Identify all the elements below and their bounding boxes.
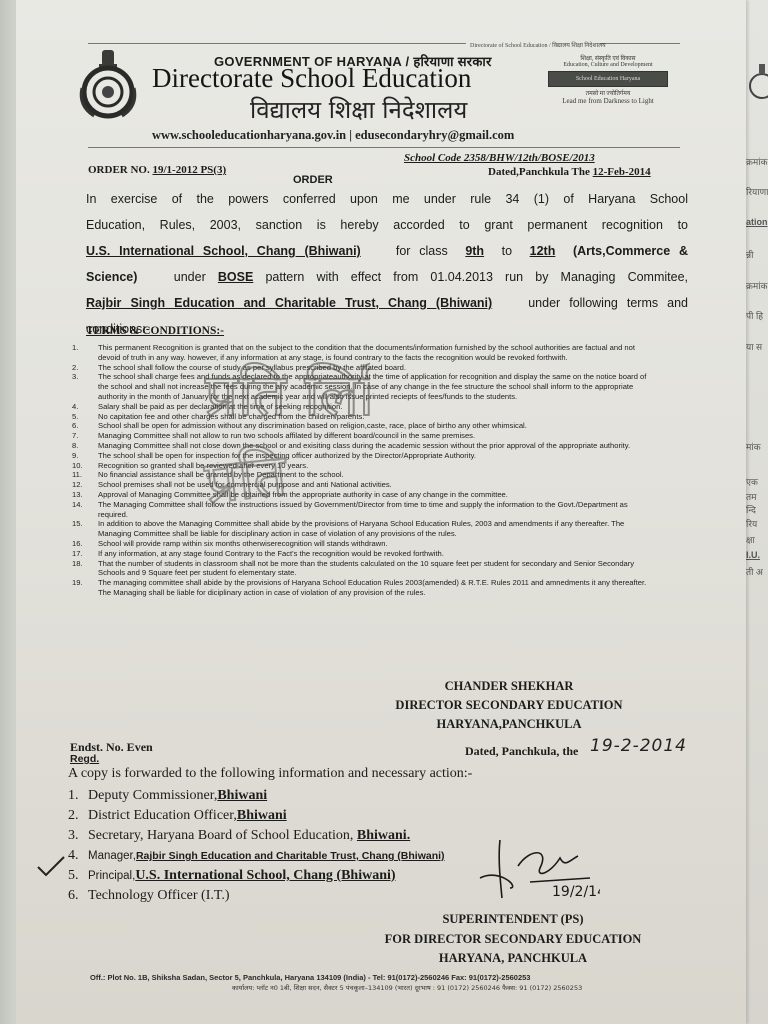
body-line: Rajbir Singh Education and Charitable Tr… (86, 290, 688, 316)
endorsement-date-label: Dated, Panchkula, the (465, 744, 578, 759)
term-number: 12. (70, 480, 98, 490)
recipient-number: 4. (68, 846, 88, 866)
background-fragment: I.U. (746, 550, 760, 560)
board-name: BOSE (218, 270, 253, 284)
right-logo: शिक्षा, संस्कृति एवं विकास Education, Cu… (544, 54, 672, 105)
term-text: Recognition so granted shall be reviewed… (98, 461, 654, 471)
department-title-hindi: विद्यालय शिक्षा निदेशालय (250, 93, 467, 126)
recipient-list: 1.Deputy Commissioner,Bhiwani 2.District… (68, 786, 445, 906)
haryana-emblem-icon (72, 48, 144, 120)
director-signatory: CHANDER SHEKHAR DIRECTOR SECONDARY EDUCA… (384, 677, 634, 734)
footer-address: Off.: Plot No. 1B, Shiksha Sadan, Sector… (90, 973, 530, 982)
term-number: 7. (70, 431, 98, 441)
term-text: In addition to above the Managing Commit… (98, 519, 654, 539)
signatory-name: CHANDER SHEKHAR (384, 677, 634, 696)
recipient-role: Secretary, Haryana Board of School Educa… (88, 828, 353, 843)
recipient-number: 3. (68, 826, 88, 846)
divider (88, 43, 466, 44)
term-text: No capitation fee and other charges shal… (98, 412, 654, 422)
background-fragment: या स (746, 340, 762, 353)
term-text: The school shall follow the course of st… (98, 363, 654, 373)
divider (600, 43, 680, 44)
streams: Science) (86, 270, 137, 284)
order-number: ORDER NO. 19/1-2012 PS(3) (88, 164, 226, 176)
term-text: School will provide ramp within six mont… (98, 539, 654, 549)
term-number: 17. (70, 549, 98, 559)
term-text: This permanent Recognition is granted th… (98, 343, 654, 363)
term-number: 8. (70, 441, 98, 451)
term-text: Salary shall be paid as per declaration … (98, 402, 654, 412)
handwritten-date: 19-2-2014 (590, 736, 687, 756)
term-number: 2. (70, 363, 98, 373)
background-fragment: मांक (746, 440, 761, 453)
term-text: Managing Committee shall not close down … (98, 441, 654, 451)
recipient-place: Rajbir Singh Education and Charitable Tr… (136, 850, 445, 862)
recipient-role: District Education Officer, (88, 808, 237, 823)
checkmark-icon (36, 855, 66, 877)
recipient-item: 1.Deputy Commissioner,Bhiwani (68, 786, 445, 806)
logo-line: तमसो मा ज्योतिर्गमय (544, 89, 672, 97)
logo-line: शिक्षा, संस्कृति एवं विकास (544, 54, 672, 62)
copy-intro: A copy is forwarded to the following inf… (68, 766, 472, 782)
signatory-title: SUPERINTENDENT (PS) (360, 910, 666, 930)
recipient-place: U.S. International School, Chang (Bhiwan… (135, 868, 395, 883)
body-text: for class (396, 244, 448, 258)
recipient-item: 5.Principal,U.S. International School, C… (68, 866, 445, 886)
background-fragment: तम (746, 490, 757, 503)
divider (88, 147, 680, 148)
term-text: Approval of Managing Committee shall be … (98, 490, 654, 500)
term-text: The Managing Committee shall follow the … (98, 500, 654, 520)
recipient-role: Technology Officer (I.T.) (88, 888, 230, 903)
footer-address-hindi: कार्यालय: प्लॉट न0 1बी, शिक्षा सदन, सैक्… (232, 983, 582, 992)
registered-label: Regd. (70, 753, 99, 765)
recipient-role: Principal, (88, 870, 135, 882)
order-heading: ORDER (293, 174, 333, 186)
term-number: 10. (70, 461, 98, 471)
body-line: Science) under BOSE pattern with effect … (86, 264, 688, 290)
signatory-for: FOR DIRECTOR SECONDARY EDUCATION (360, 930, 666, 950)
term-text: No financial assistance shall be granted… (98, 470, 654, 480)
logo-line: Education, Culture and Development (544, 62, 672, 68)
school-code: School Code 2358/BHW/12th/BOSE/2013 (404, 152, 595, 164)
term-number: 5. (70, 412, 98, 422)
recipient-place: Bhiwani. (357, 828, 410, 843)
recipient-role: Manager, (88, 850, 136, 862)
term-number: 13. (70, 490, 98, 500)
background-fragment: एक (746, 475, 758, 488)
recipient-place: Bhiwani (237, 808, 287, 823)
background-fragment: क्षा (746, 533, 755, 546)
department-title: Directorate School Education (152, 63, 471, 94)
body-text: under (174, 270, 206, 284)
class-to: 12th (530, 244, 556, 258)
body-text: to (502, 244, 512, 258)
body-text: pattern with effect from 01.04.2013 run … (265, 270, 688, 284)
term-number: 16. (70, 539, 98, 549)
term-number: 11. (70, 470, 98, 480)
background-fragment: ation (746, 217, 768, 227)
term-text: Managing Committee shall not allow to ru… (98, 431, 654, 441)
haryana-emblem-icon (746, 62, 768, 106)
order-date-value: 12-Feb-2014 (593, 166, 651, 178)
term-number: 4. (70, 402, 98, 412)
signatory-place: HARYANA, PANCHKULA (360, 949, 666, 969)
background-fragment: क्रमांक (746, 279, 768, 292)
class-from: 9th (465, 244, 484, 258)
recipient-item: 6.Technology Officer (I.T.) (68, 886, 445, 906)
term-number: 9. (70, 451, 98, 461)
recipient-item: 3.Secretary, Haryana Board of School Edu… (68, 826, 445, 846)
background-document: क्रमांक रियाणा ation न्नी क्रमांक पी हि … (744, 0, 768, 1024)
svg-text:प्रति लिपि: प्रति लिपि (205, 361, 370, 429)
recipient-number: 1. (68, 786, 88, 806)
term-number: 3. (70, 372, 98, 401)
term-text: That the number of students in classroom… (98, 559, 654, 579)
recipient-item: 2.District Education Officer,Bhiwani (68, 806, 445, 826)
body-text: under following terms and (528, 296, 688, 310)
background-fragment: रिय (746, 517, 757, 530)
order-date: Dated,Panchkula The 12-Feb-2014 (488, 166, 651, 178)
body-line: U.S. International School, Chang (Bhiwan… (86, 238, 688, 264)
term-text: The school shall charge fees and funds a… (98, 372, 654, 401)
recipient-number: 2. (68, 806, 88, 826)
order-number-value: 19/1-2012 PS(3) (152, 164, 226, 176)
svg-text:प्रति: प्रति (202, 440, 291, 505)
term-item: 18.That the number of students in classr… (70, 559, 654, 579)
term-item: 16.School will provide ramp within six m… (70, 539, 654, 549)
term-number: 1. (70, 343, 98, 363)
signatory-place: HARYANA,PANCHKULA (384, 715, 634, 734)
term-item: 17.If any information, at any stage foun… (70, 549, 654, 559)
term-item: 19.The managing committee shall abide by… (70, 578, 654, 598)
superintendent-signatory: SUPERINTENDENT (PS) FOR DIRECTOR SECONDA… (360, 910, 666, 969)
stamp-watermark: प्रति लिपि प्रति (200, 355, 370, 505)
terms-heading: TERMS & CONDITIONS:- (86, 325, 224, 337)
term-text: School premises shall not be used for co… (98, 480, 654, 490)
term-number: 18. (70, 559, 98, 579)
background-fragment: क्रमांक (746, 155, 768, 168)
contact-info[interactable]: www.schooleducationharyana.gov.in | edus… (152, 128, 514, 143)
streams: (Arts,Commerce & (573, 244, 688, 258)
term-number: 19. (70, 578, 98, 598)
background-fragment: न्नी (746, 248, 753, 261)
order-body: In exercise of the powers conferred upon… (86, 186, 688, 342)
recipient-place: Bhiwani (217, 788, 267, 803)
recipient-number: 5. (68, 866, 88, 886)
signature-icon: 19/2/14 (470, 838, 600, 908)
term-text: The managing committee shall abide by th… (98, 578, 654, 598)
term-text: The school shall be open for inspection … (98, 451, 654, 461)
recipient-item: 4.Manager,Rajbir Singh Education and Cha… (68, 846, 445, 866)
background-fragment: न्दि (746, 503, 756, 516)
letterhead-tag: Directorate of School Education / विद्या… (470, 41, 606, 49)
trust-name: Rajbir Singh Education and Charitable Tr… (86, 296, 492, 310)
background-fragment: रियाणा (746, 185, 768, 198)
background-fragment: ती अ (746, 565, 763, 578)
logo-box: School Education Haryana (548, 71, 668, 87)
body-line: In exercise of the powers conferred upon… (86, 186, 688, 212)
logo-motto: Lead me from Darkness to Light (544, 97, 672, 105)
recipient-role: Deputy Commissioner, (88, 788, 217, 803)
body-line: Education, Rules, 2003, sanction is here… (86, 212, 688, 238)
order-date-label: Dated,Panchkula The (488, 166, 590, 178)
term-text: School shall be open for admission witho… (98, 421, 654, 431)
term-text: If any information, at any stage found C… (98, 549, 654, 559)
term-number: 6. (70, 421, 98, 431)
term-number: 14. (70, 500, 98, 520)
school-name: U.S. International School, Chang (Bhiwan… (86, 244, 361, 258)
term-number: 15. (70, 519, 98, 539)
term-item: 15.In addition to above the Managing Com… (70, 519, 654, 539)
signatory-title: DIRECTOR SECONDARY EDUCATION (384, 696, 634, 715)
background-fragment: पी हि (746, 309, 763, 322)
svg-text:19/2/14: 19/2/14 (552, 884, 600, 900)
order-number-label: ORDER NO. (88, 164, 150, 176)
recipient-number: 6. (68, 886, 88, 906)
